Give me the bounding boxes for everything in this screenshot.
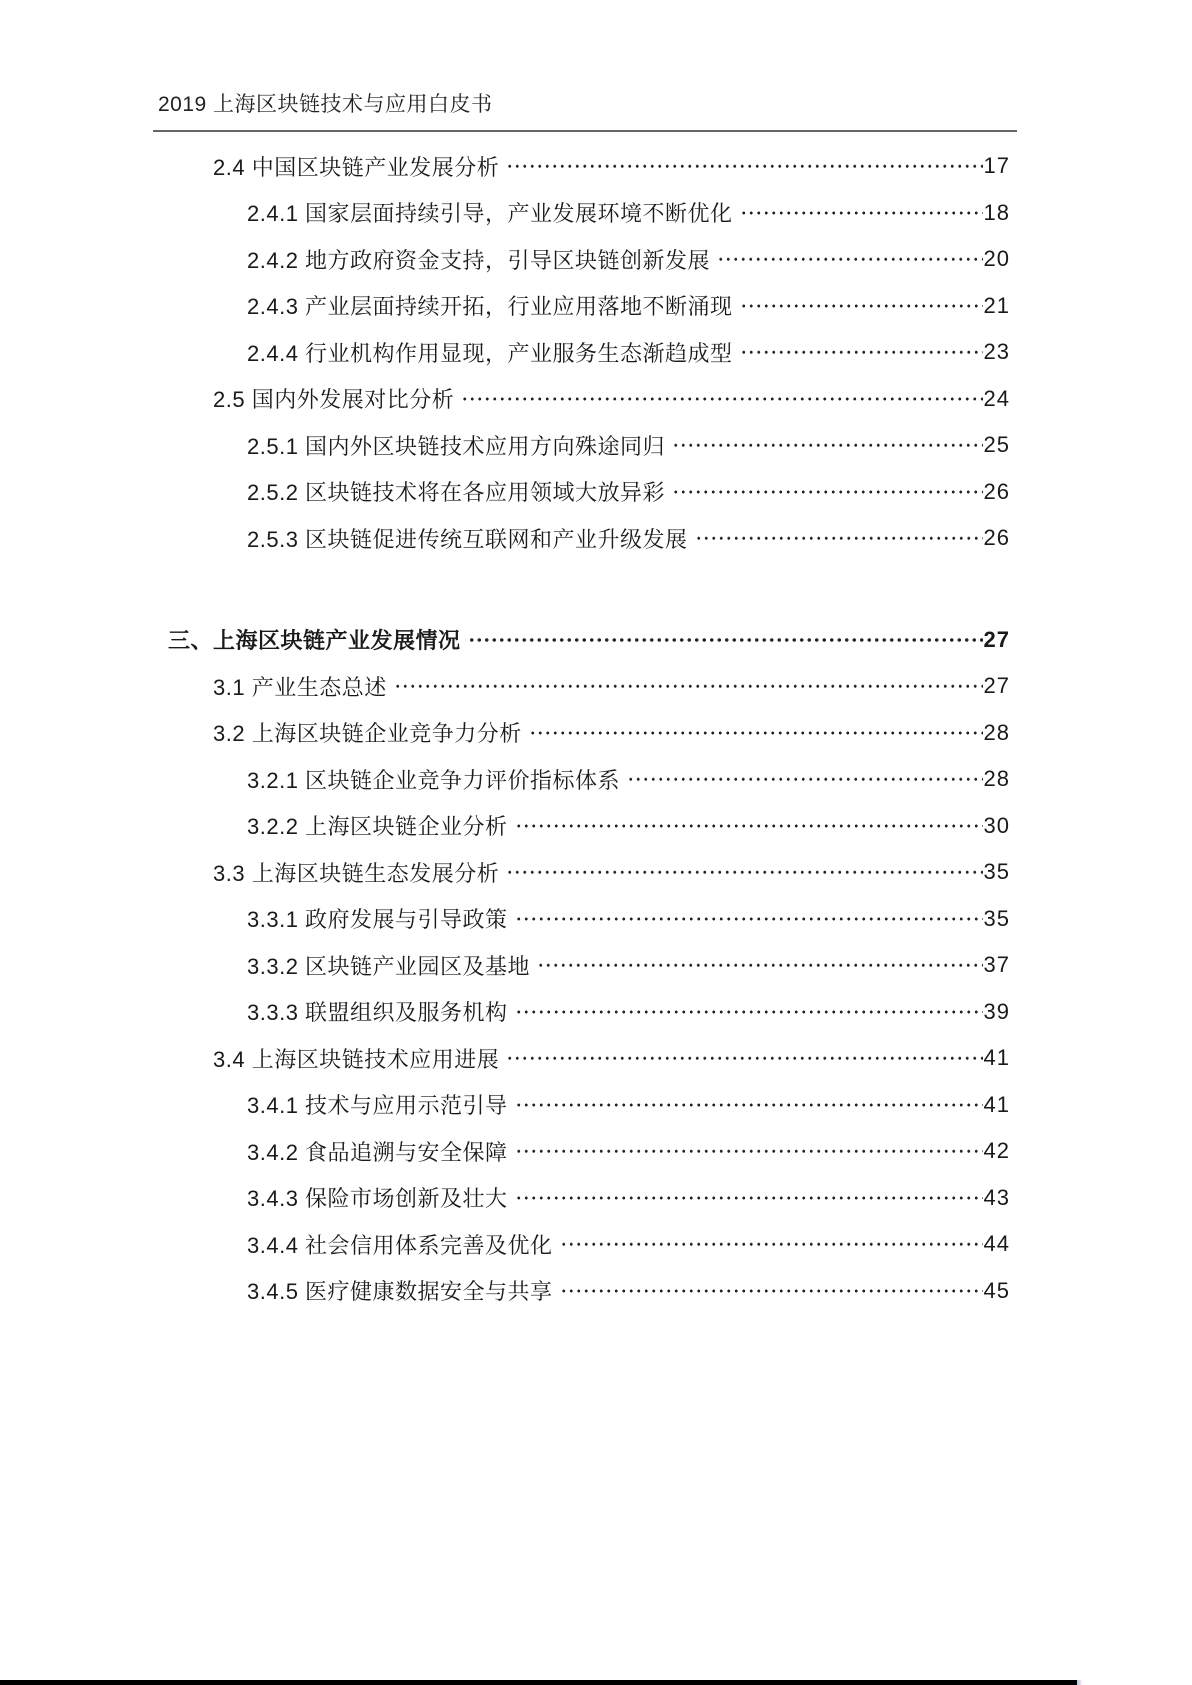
toc-entry-page: 20 — [984, 246, 1010, 272]
toc-entry[interactable]: 3.2.1 区块链企业竞争力评价指标体系 28 — [247, 756, 1010, 803]
toc-leader-dots — [459, 376, 982, 423]
toc-entry[interactable]: 3.2 上海区块链企业竞争力分析 28 — [213, 710, 1010, 757]
toc-leader-dots — [513, 1128, 983, 1175]
toc-leader-dots — [513, 896, 983, 943]
toc-entry[interactable]: 2.4.2 地方政府资金支持，引导区块链创新发展 20 — [247, 236, 1010, 283]
toc-leader-dots — [504, 849, 982, 896]
toc-entry-page: 26 — [984, 479, 1010, 505]
toc-entry[interactable]: 2.5.3 区块链促进传统互联网和产业升级发展 26 — [247, 515, 1010, 562]
toc-entry[interactable]: 3.3.3 联盟组织及服务机构 39 — [247, 989, 1010, 1036]
toc-entry-page: 17 — [984, 153, 1010, 179]
toc-entry-page: 39 — [984, 999, 1010, 1025]
toc-entry-label: 3.2.1 区块链企业竞争力评价指标体系 — [247, 764, 620, 795]
toc-entry-label: 3.3 上海区块链生态发展分析 — [213, 857, 499, 888]
toc-entry-page: 26 — [984, 525, 1010, 551]
toc-entry-page: 24 — [984, 386, 1010, 412]
toc-entry[interactable]: 三、上海区块链产业发展情况 27 — [168, 617, 1010, 664]
toc-leader-dots — [504, 1035, 982, 1082]
toc-entry[interactable]: 3.4.1 技术与应用示范引导 41 — [247, 1082, 1010, 1129]
toc-entry-label: 3.3.2 区块链产业园区及基地 — [247, 950, 530, 981]
toc-entry[interactable]: 3.3.2 区块链产业园区及基地 37 — [247, 942, 1010, 989]
toc-entry[interactable]: 2.4 中国区块链产业发展分析 17 — [213, 143, 1010, 190]
toc-entry[interactable]: 3.4.5 医疗健康数据安全与共享 45 — [247, 1268, 1010, 1315]
toc-entry-page: 23 — [984, 339, 1010, 365]
toc-leader-dots — [715, 236, 982, 283]
toc-entry-label: 2.5.3 区块链促进传统互联网和产业升级发展 — [247, 523, 688, 554]
toc-entry-page: 42 — [984, 1138, 1010, 1164]
toc-entry-page: 30 — [984, 813, 1010, 839]
toc-leader-dots — [558, 1221, 983, 1268]
toc-entry-page: 28 — [984, 720, 1010, 746]
toc-leader-dots — [625, 756, 982, 803]
toc-leader-dots — [738, 329, 983, 376]
toc-entry-page: 37 — [984, 952, 1010, 978]
toc-entry-label: 三、上海区块链产业发展情况 — [168, 624, 461, 655]
toc-entry[interactable]: 2.4.4 行业机构作用显现，产业服务生态渐趋成型 23 — [247, 329, 1010, 376]
toc-leader-dots — [558, 1268, 983, 1315]
toc-leader-dots — [504, 143, 982, 190]
toc-entry-label: 3.3.1 政府发展与引导政策 — [247, 903, 508, 934]
toc-entry-label: 2.5.2 区块链技术将在各应用领域大放异彩 — [247, 476, 665, 507]
toc-leader-dots — [466, 617, 983, 664]
toc-leader-dots — [527, 710, 983, 757]
toc-entry-label: 2.4.3 产业层面持续开拓，行业应用落地不断涌现 — [247, 290, 733, 321]
toc-entry-page: 41 — [984, 1092, 1010, 1118]
toc-leader-dots — [670, 469, 982, 516]
toc-list: 2.4 中国区块链产业发展分析 17 2.4.1 国家层面持续引导，产业发展环境… — [0, 143, 1010, 1314]
toc-entry-label: 2.4.4 行业机构作用显现，产业服务生态渐趋成型 — [247, 337, 733, 368]
toc-entry-label: 3.4 上海区块链技术应用进展 — [213, 1043, 499, 1074]
toc-leader-dots — [513, 803, 983, 850]
toc-entry-label: 3.2 上海区块链企业竞争力分析 — [213, 717, 522, 748]
toc-entry-page: 21 — [984, 293, 1010, 319]
toc-leader-dots — [738, 283, 983, 330]
toc-entry[interactable]: 3.4 上海区块链技术应用进展 41 — [213, 1035, 1010, 1082]
toc-entry-label: 2.4.2 地方政府资金支持，引导区块链创新发展 — [247, 244, 710, 275]
document-page: 2019 上海区块链技术与应用白皮书 2.4 中国区块链产业发展分析 17 2.… — [0, 0, 1192, 1685]
toc-leader-dots — [513, 989, 983, 1036]
toc-entry[interactable]: 2.5.2 区块链技术将在各应用领域大放异彩 26 — [247, 469, 1010, 516]
toc-entry-page: 45 — [984, 1278, 1010, 1304]
toc-entry-page: 44 — [984, 1231, 1010, 1257]
toc-entry[interactable]: 3.3.1 政府发展与引导政策 35 — [247, 896, 1010, 943]
toc-leader-dots — [535, 942, 982, 989]
toc-entry-label: 3.4.5 医疗健康数据安全与共享 — [247, 1275, 553, 1306]
toc-entry-page: 43 — [984, 1185, 1010, 1211]
toc-entry-label: 2.4 中国区块链产业发展分析 — [213, 151, 499, 182]
toc-entry-page: 35 — [984, 859, 1010, 885]
toc-leader-dots — [513, 1175, 983, 1222]
scan-edge-speck — [1077, 1680, 1082, 1685]
toc-entry[interactable]: 3.2.2 上海区块链企业分析 30 — [247, 803, 1010, 850]
toc-entry-label: 3.4.3 保险市场创新及壮大 — [247, 1182, 508, 1213]
toc-entry[interactable]: 3.4.2 食品追溯与安全保障 42 — [247, 1128, 1010, 1175]
toc-entry[interactable]: 3.3 上海区块链生态发展分析 35 — [213, 849, 1010, 896]
toc-entry-page: 27 — [984, 627, 1010, 653]
toc-leader-dots — [670, 422, 982, 469]
toc-entry-label: 3.4.1 技术与应用示范引导 — [247, 1089, 508, 1120]
toc-leader-dots — [513, 1082, 983, 1129]
toc-entry-label: 3.1 产业生态总述 — [213, 671, 387, 702]
toc-entry-label: 2.4.1 国家层面持续引导，产业发展环境不断优化 — [247, 197, 733, 228]
toc-entry[interactable]: 3.1 产业生态总述 27 — [213, 663, 1010, 710]
toc-entry-label: 3.2.2 上海区块链企业分析 — [247, 810, 508, 841]
toc-entry-page: 28 — [984, 766, 1010, 792]
scan-edge-artifact — [0, 1680, 1077, 1685]
toc-entry-label: 3.4.4 社会信用体系完善及优化 — [247, 1229, 553, 1260]
toc-leader-dots — [392, 663, 983, 710]
running-header: 2019 上海区块链技术与应用白皮书 — [153, 88, 1017, 132]
toc-entry[interactable]: 3.4.4 社会信用体系完善及优化 44 — [247, 1221, 1010, 1268]
toc-entry-page: 25 — [984, 432, 1010, 458]
toc-entry[interactable]: 2.4.1 国家层面持续引导，产业发展环境不断优化 18 — [247, 190, 1010, 237]
toc-entry[interactable]: 2.4.3 产业层面持续开拓，行业应用落地不断涌现 21 — [247, 283, 1010, 330]
toc-leader-dots — [693, 515, 983, 562]
toc-entry-page: 35 — [984, 906, 1010, 932]
toc-entry-page: 41 — [984, 1045, 1010, 1071]
toc-entry-page: 18 — [984, 200, 1010, 226]
toc-entry-page: 27 — [984, 673, 1010, 699]
toc-entry-label: 2.5.1 国内外区块链技术应用方向殊途同归 — [247, 430, 665, 461]
toc-entry[interactable]: 2.5.1 国内外区块链技术应用方向殊途同归 25 — [247, 422, 1010, 469]
toc-entry[interactable]: 2.5 国内外发展对比分析 24 — [213, 376, 1010, 423]
toc-entry-label: 3.4.2 食品追溯与安全保障 — [247, 1136, 508, 1167]
document-title: 2019 上海区块链技术与应用白皮书 — [158, 88, 1017, 118]
toc-leader-dots — [738, 190, 983, 237]
toc-entry-label: 3.3.3 联盟组织及服务机构 — [247, 996, 508, 1027]
toc-entry[interactable]: 3.4.3 保险市场创新及壮大 43 — [247, 1175, 1010, 1222]
toc-entry-label: 2.5 国内外发展对比分析 — [213, 383, 454, 414]
